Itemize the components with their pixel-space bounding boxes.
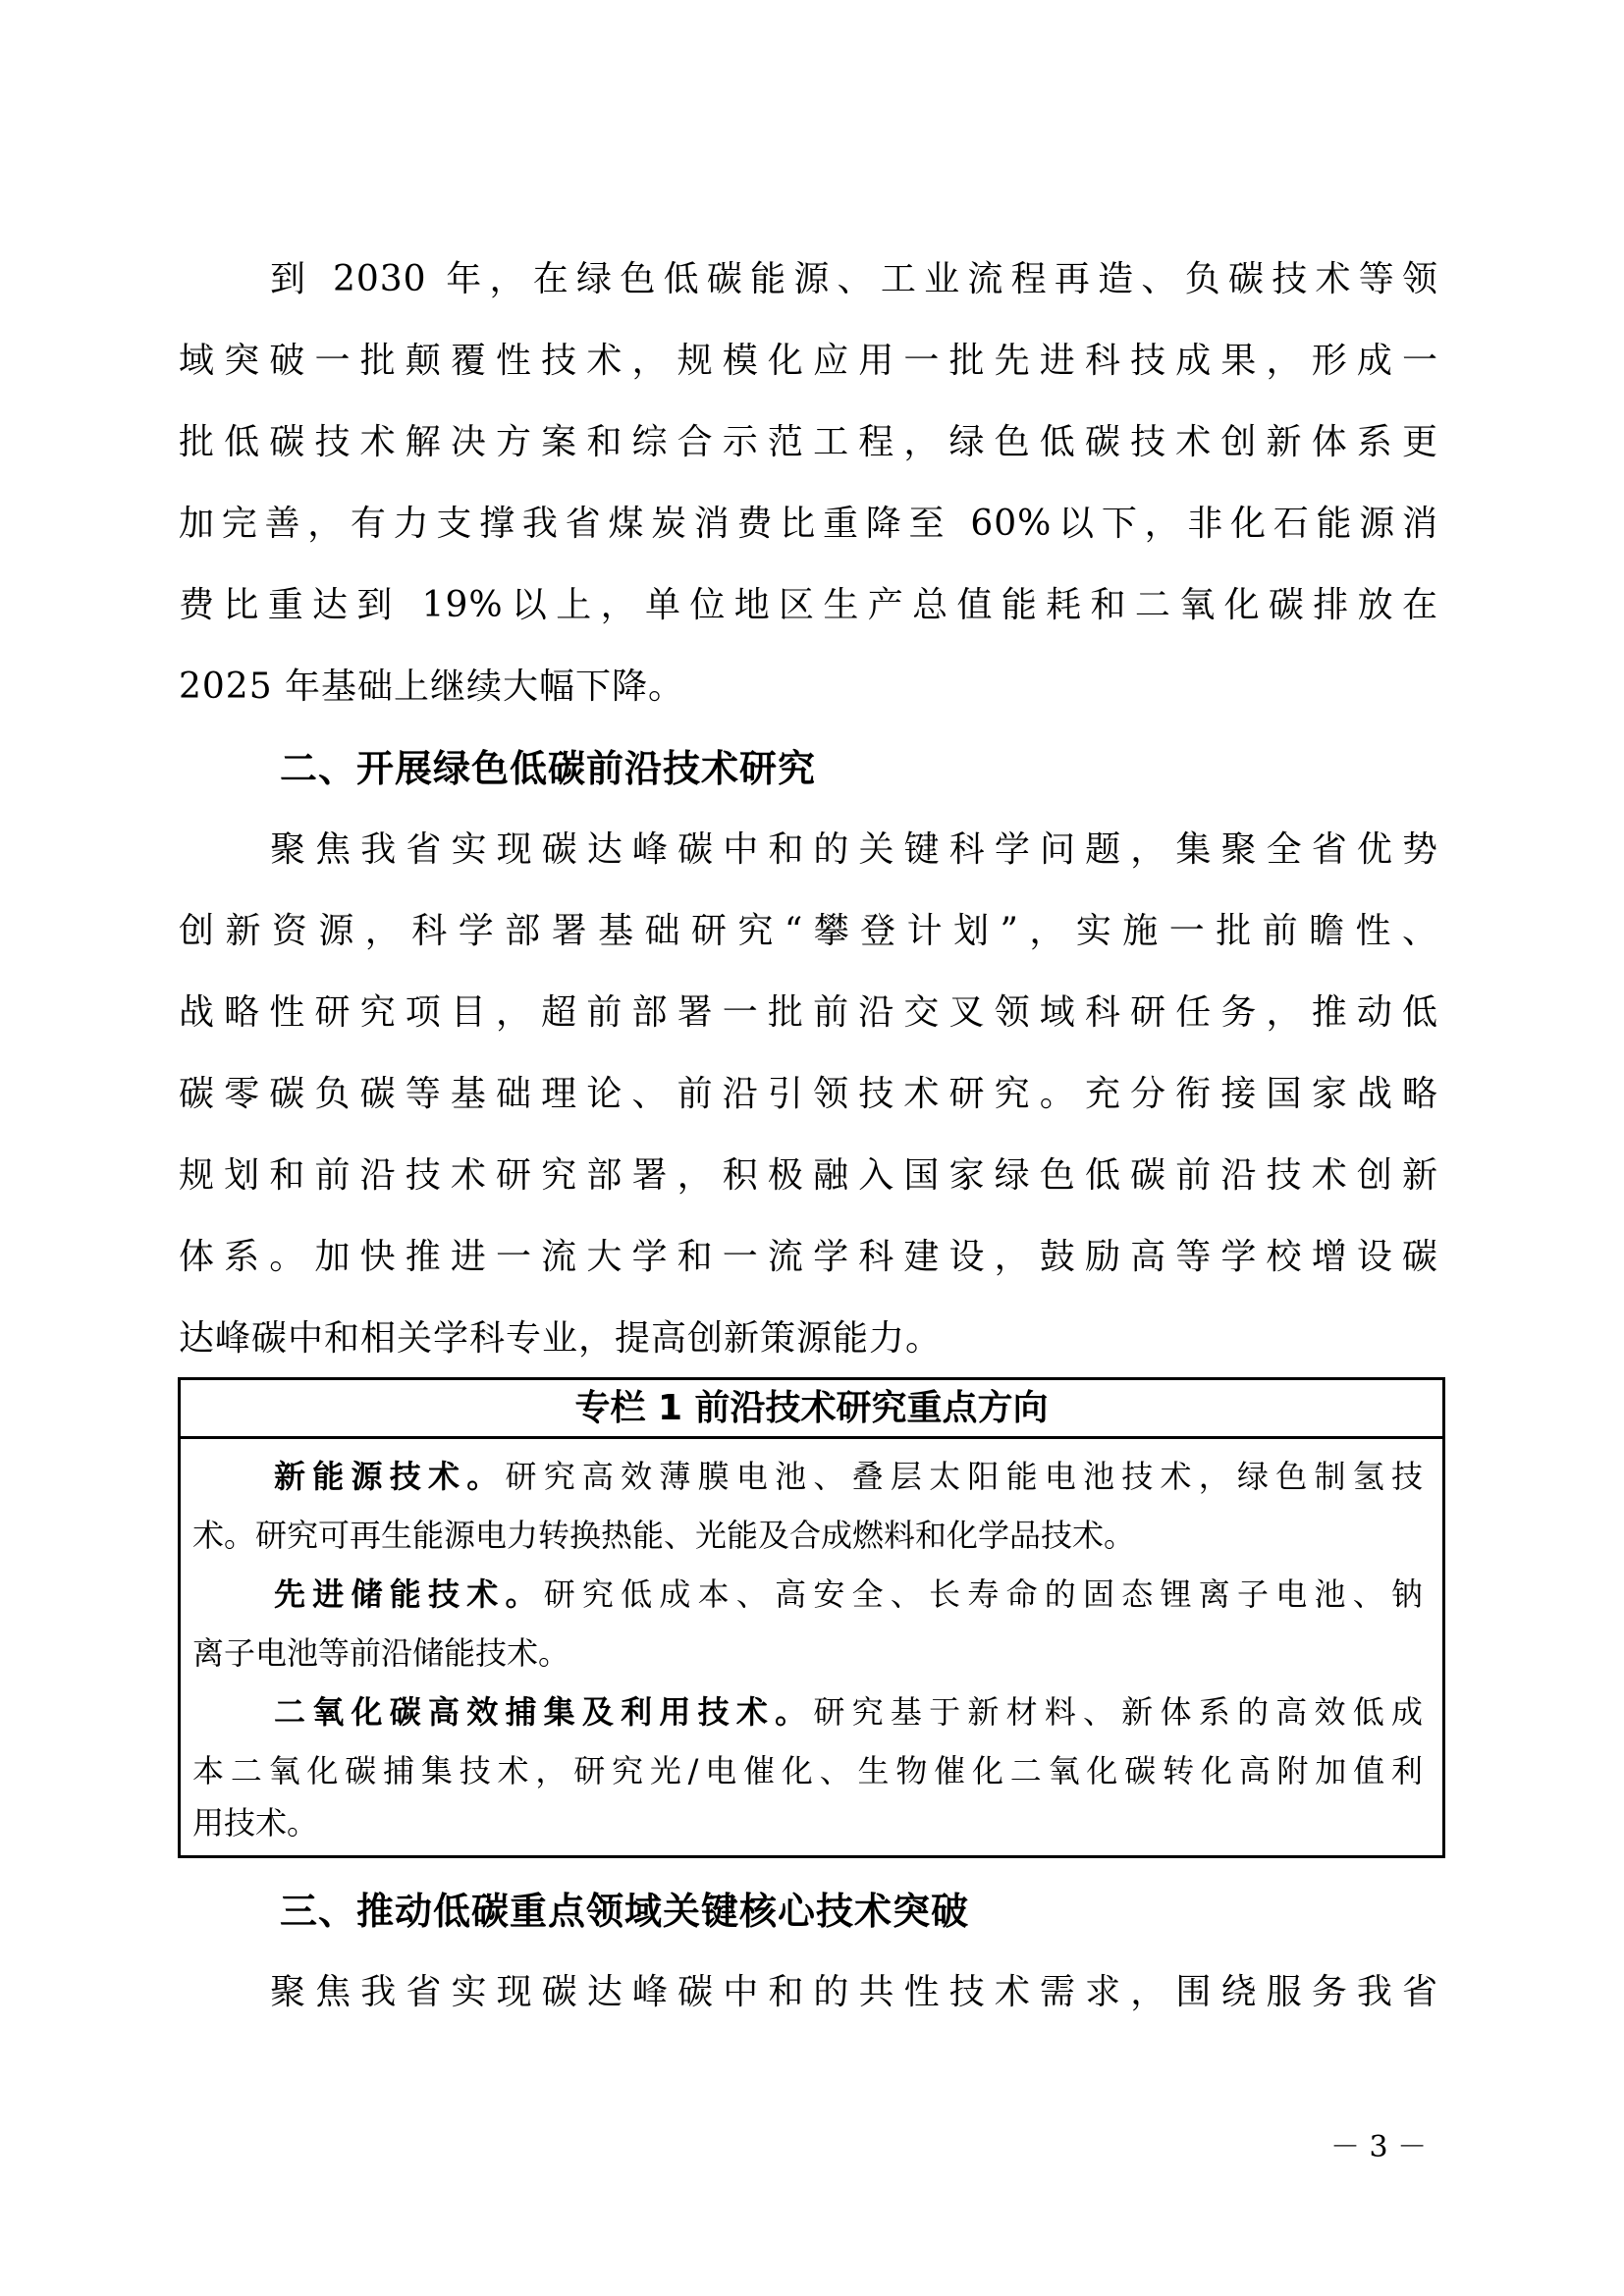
box-item-line: 离子电池等前沿储能技术。 — [192, 1635, 1423, 1671]
section-3-line: 聚焦我省实现碳达峰碳中和的共性技术需求，围绕服务我省 — [270, 1973, 1438, 2012]
paragraph-1-line: 域突破一批颠覆性技术，规模化应用一批先进科技成果，形成一 — [179, 342, 1438, 381]
box-item-title: 先进储能技术。 — [274, 1575, 544, 1613]
paragraph-1-line: 加完善，有力支撑我省煤炭消费比重降至 60%以下，非化石能源消 — [179, 505, 1438, 544]
box-item-line: 先进储能技术。研究低成本、高安全、长寿命的固态锂离子电池、钠 — [274, 1576, 1423, 1612]
box-item-title: 二氧化碳高效捕集及利用技术。 — [274, 1693, 813, 1731]
box-item-line: 本二氧化碳捕集技术，研究光/电催化、生物催化二氧化碳转化高附加值利 — [192, 1753, 1423, 1789]
paragraph-1-line: 到 2030 年，在绿色低碳能源、工业流程再造、负碳技术等领 — [270, 260, 1438, 299]
section-2-line: 碳零碳负碳等基础理论、前沿引领技术研究。充分衔接国家战略 — [179, 1075, 1438, 1114]
section-2-line: 聚焦我省实现碳达峰碳中和的关键科学问题，集聚全省优势 — [270, 830, 1438, 870]
page-number: － 3 － — [1330, 2132, 1427, 2163]
paragraph-1-line: 费比重达到 19%以上，单位地区生产总值能耗和二氧化碳排放在 — [179, 586, 1438, 625]
paragraph-1-line: 2025 年基础上继续大幅下降。 — [179, 667, 1438, 707]
section-2-line: 战略性研究项目，超前部署一批前沿交叉领域科研任务，推动低 — [179, 993, 1438, 1033]
sidebar-box: 专栏 1 前沿技术研究重点方向 新能源技术。研究高效薄膜电池、叠层太阳能电池技术… — [178, 1377, 1445, 1858]
box-item-title: 新能源技术。 — [274, 1458, 505, 1495]
box-item-line: 术。研究可再生能源电力转换热能、光能及合成燃料和化学品技术。 — [192, 1518, 1423, 1553]
section-2-heading: 二、开展绿色低碳前沿技术研究 — [280, 749, 816, 788]
box-title: 专栏 1 前沿技术研究重点方向 — [181, 1380, 1442, 1439]
box-item-line: 二氧化碳高效捕集及利用技术。研究基于新材料、新体系的高效低成 — [274, 1694, 1423, 1730]
section-2-line: 创新资源，科学部署基础研究“攀登计划”，实施一批前瞻性、 — [179, 912, 1438, 951]
section-2-line: 规划和前沿技术研究部署，积极融入国家绿色低碳前沿技术创新 — [179, 1156, 1438, 1196]
box-item-line: 用技术。 — [192, 1805, 1423, 1841]
section-3-heading: 三、推动低碳重点领域关键核心技术突破 — [280, 1892, 969, 1931]
section-2-line: 达峰碳中和相关学科专业，提高创新策源能力。 — [179, 1319, 1438, 1359]
box-item-line: 新能源技术。研究高效薄膜电池、叠层太阳能电池技术，绿色制氢技 — [274, 1459, 1423, 1494]
paragraph-1-line: 批低碳技术解决方案和综合示范工程，绿色低碳技术创新体系更 — [179, 423, 1438, 462]
section-2-line: 体系。加快推进一流大学和一流学科建设，鼓励高等学校增设碳 — [179, 1238, 1438, 1277]
